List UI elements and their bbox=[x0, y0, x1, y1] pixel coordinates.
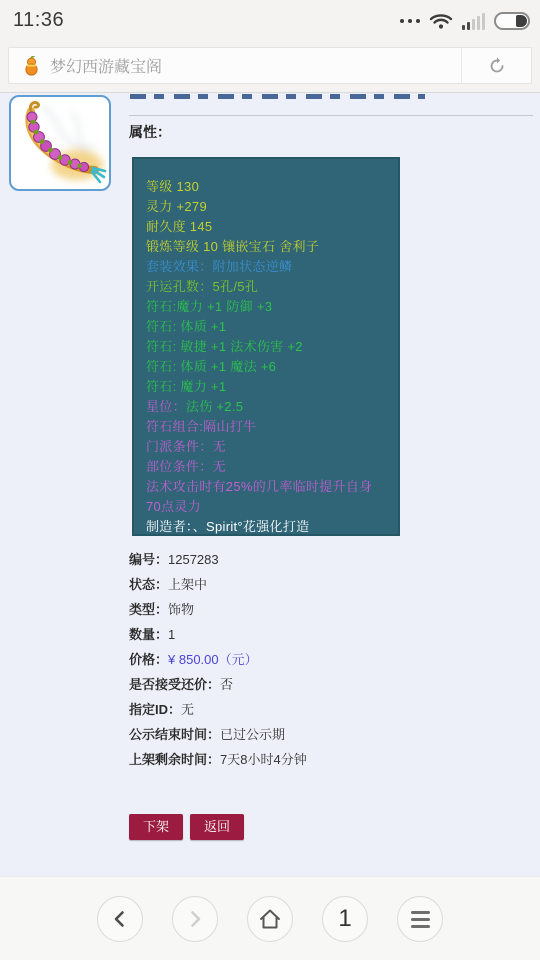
attr-line: 法术攻击时有25%的几率临时提升自身70点灵力 bbox=[146, 477, 386, 517]
info-label: 价格： bbox=[129, 652, 168, 667]
info-value: 无 bbox=[181, 702, 194, 717]
action-buttons: 下架 返回 bbox=[129, 814, 244, 840]
browser-address-bar: 梦幻西游藏宝阁 bbox=[0, 42, 540, 93]
info-row: 编号：1257283 bbox=[129, 549, 519, 574]
refresh-icon bbox=[487, 56, 507, 76]
info-value: 饰物 bbox=[168, 602, 194, 617]
take-down-button[interactable]: 下架 bbox=[129, 814, 183, 840]
attr-line: 星位：法伤 +2.5 bbox=[146, 397, 386, 417]
attr-line: 锻炼等级 10 镶嵌宝石 舍利子 bbox=[146, 237, 386, 257]
attr-line: 套装效果：附加状态逆鳞 bbox=[146, 257, 386, 277]
info-label: 上架剩余时间： bbox=[129, 752, 220, 767]
site-favicon-icon bbox=[22, 56, 41, 76]
info-row: 类型：饰物 bbox=[129, 599, 519, 624]
attr-line: 门派条件：无 bbox=[146, 437, 386, 457]
home-icon bbox=[258, 908, 282, 930]
info-label: 公示结束时间： bbox=[129, 727, 220, 742]
attr-line: 开运孔数：5孔/5孔 bbox=[146, 277, 386, 297]
info-label: 类型： bbox=[129, 602, 168, 617]
clipped-text-row bbox=[130, 94, 425, 99]
info-value: 上架中 bbox=[168, 577, 207, 592]
forward-arrow-icon bbox=[186, 910, 204, 928]
address-main[interactable]: 梦幻西游藏宝阁 bbox=[9, 54, 461, 77]
more-notifications-icon bbox=[400, 19, 420, 23]
info-value: 1 bbox=[168, 627, 175, 642]
wifi-icon bbox=[429, 12, 453, 30]
section-divider bbox=[129, 115, 533, 116]
info-row: 公示结束时间：已过公示期 bbox=[129, 724, 519, 749]
status-icons bbox=[400, 0, 530, 42]
screen: 11:36 梦幻西游藏宝阁 bbox=[0, 0, 540, 960]
attr-line: 耐久度 145 bbox=[146, 217, 386, 237]
refresh-button[interactable] bbox=[461, 48, 531, 83]
attr-line: 符石: 敏捷 +1 法术伤害 +2 bbox=[146, 337, 386, 357]
nav-home-button[interactable] bbox=[247, 896, 293, 942]
address-field[interactable]: 梦幻西游藏宝阁 bbox=[8, 47, 532, 84]
menu-icon bbox=[411, 911, 430, 928]
info-row: 上架剩余时间：7天8小时4分钟 bbox=[129, 749, 519, 774]
attributes-section-label: 属性： bbox=[129, 122, 171, 142]
info-value: 1257283 bbox=[168, 552, 219, 567]
listing-info-list: 编号：1257283状态：上架中类型：饰物数量：1价格：¥ 850.00（元）是… bbox=[129, 549, 519, 774]
return-button[interactable]: 返回 bbox=[190, 814, 244, 840]
info-label: 指定ID： bbox=[129, 702, 181, 717]
nav-tabs-button[interactable]: 1 bbox=[322, 896, 368, 942]
beaded-necklace-image bbox=[11, 97, 109, 189]
item-image[interactable] bbox=[9, 95, 111, 191]
item-attributes-panel: 等级 130灵力 +279耐久度 145锻炼等级 10 镶嵌宝石 舍利子套装效果… bbox=[132, 157, 400, 536]
attr-line: 符石: 体质 +1 bbox=[146, 317, 386, 337]
info-row: 是否接受还价：否 bbox=[129, 674, 519, 699]
battery-icon bbox=[494, 12, 530, 30]
status-bar: 11:36 bbox=[0, 0, 540, 42]
info-row: 状态：上架中 bbox=[129, 574, 519, 599]
tab-count-label: 1 bbox=[338, 905, 351, 933]
attr-line: 符石:魔力 +1 防御 +3 bbox=[146, 297, 386, 317]
nav-forward-button[interactable] bbox=[172, 896, 218, 942]
back-arrow-icon bbox=[111, 910, 129, 928]
info-value: ¥ 850.00（元） bbox=[168, 652, 258, 667]
nav-menu-button[interactable] bbox=[397, 896, 443, 942]
attr-line: 灵力 +279 bbox=[146, 197, 386, 217]
clock-text: 11:36 bbox=[13, 9, 64, 32]
info-value: 已过公示期 bbox=[220, 727, 285, 742]
address-title: 梦幻西游藏宝阁 bbox=[50, 54, 162, 77]
signal-strength-icon bbox=[462, 13, 485, 30]
info-label: 状态： bbox=[129, 577, 168, 592]
attr-line: 等级 130 bbox=[146, 177, 386, 197]
info-label: 是否接受还价： bbox=[129, 677, 220, 692]
attr-line: 部位条件：无 bbox=[146, 457, 386, 477]
info-label: 编号： bbox=[129, 552, 168, 567]
info-row: 数量：1 bbox=[129, 624, 519, 649]
info-value: 否 bbox=[220, 677, 233, 692]
info-label: 数量： bbox=[129, 627, 168, 642]
info-row: 指定ID：无 bbox=[129, 699, 519, 724]
attr-line: 符石: 体质 +1 魔法 +6 bbox=[146, 357, 386, 377]
info-row: 价格：¥ 850.00（元） bbox=[129, 649, 519, 674]
browser-nav-bar: 1 bbox=[0, 876, 540, 960]
attr-line: 符石: 魔力 +1 bbox=[146, 377, 386, 397]
info-value: 7天8小时4分钟 bbox=[220, 752, 307, 767]
nav-back-button[interactable] bbox=[97, 896, 143, 942]
attr-line: 符石组合:隔山打牛 bbox=[146, 417, 386, 437]
attr-line: 制造者：、Spirit°花强化打造 bbox=[146, 517, 386, 537]
